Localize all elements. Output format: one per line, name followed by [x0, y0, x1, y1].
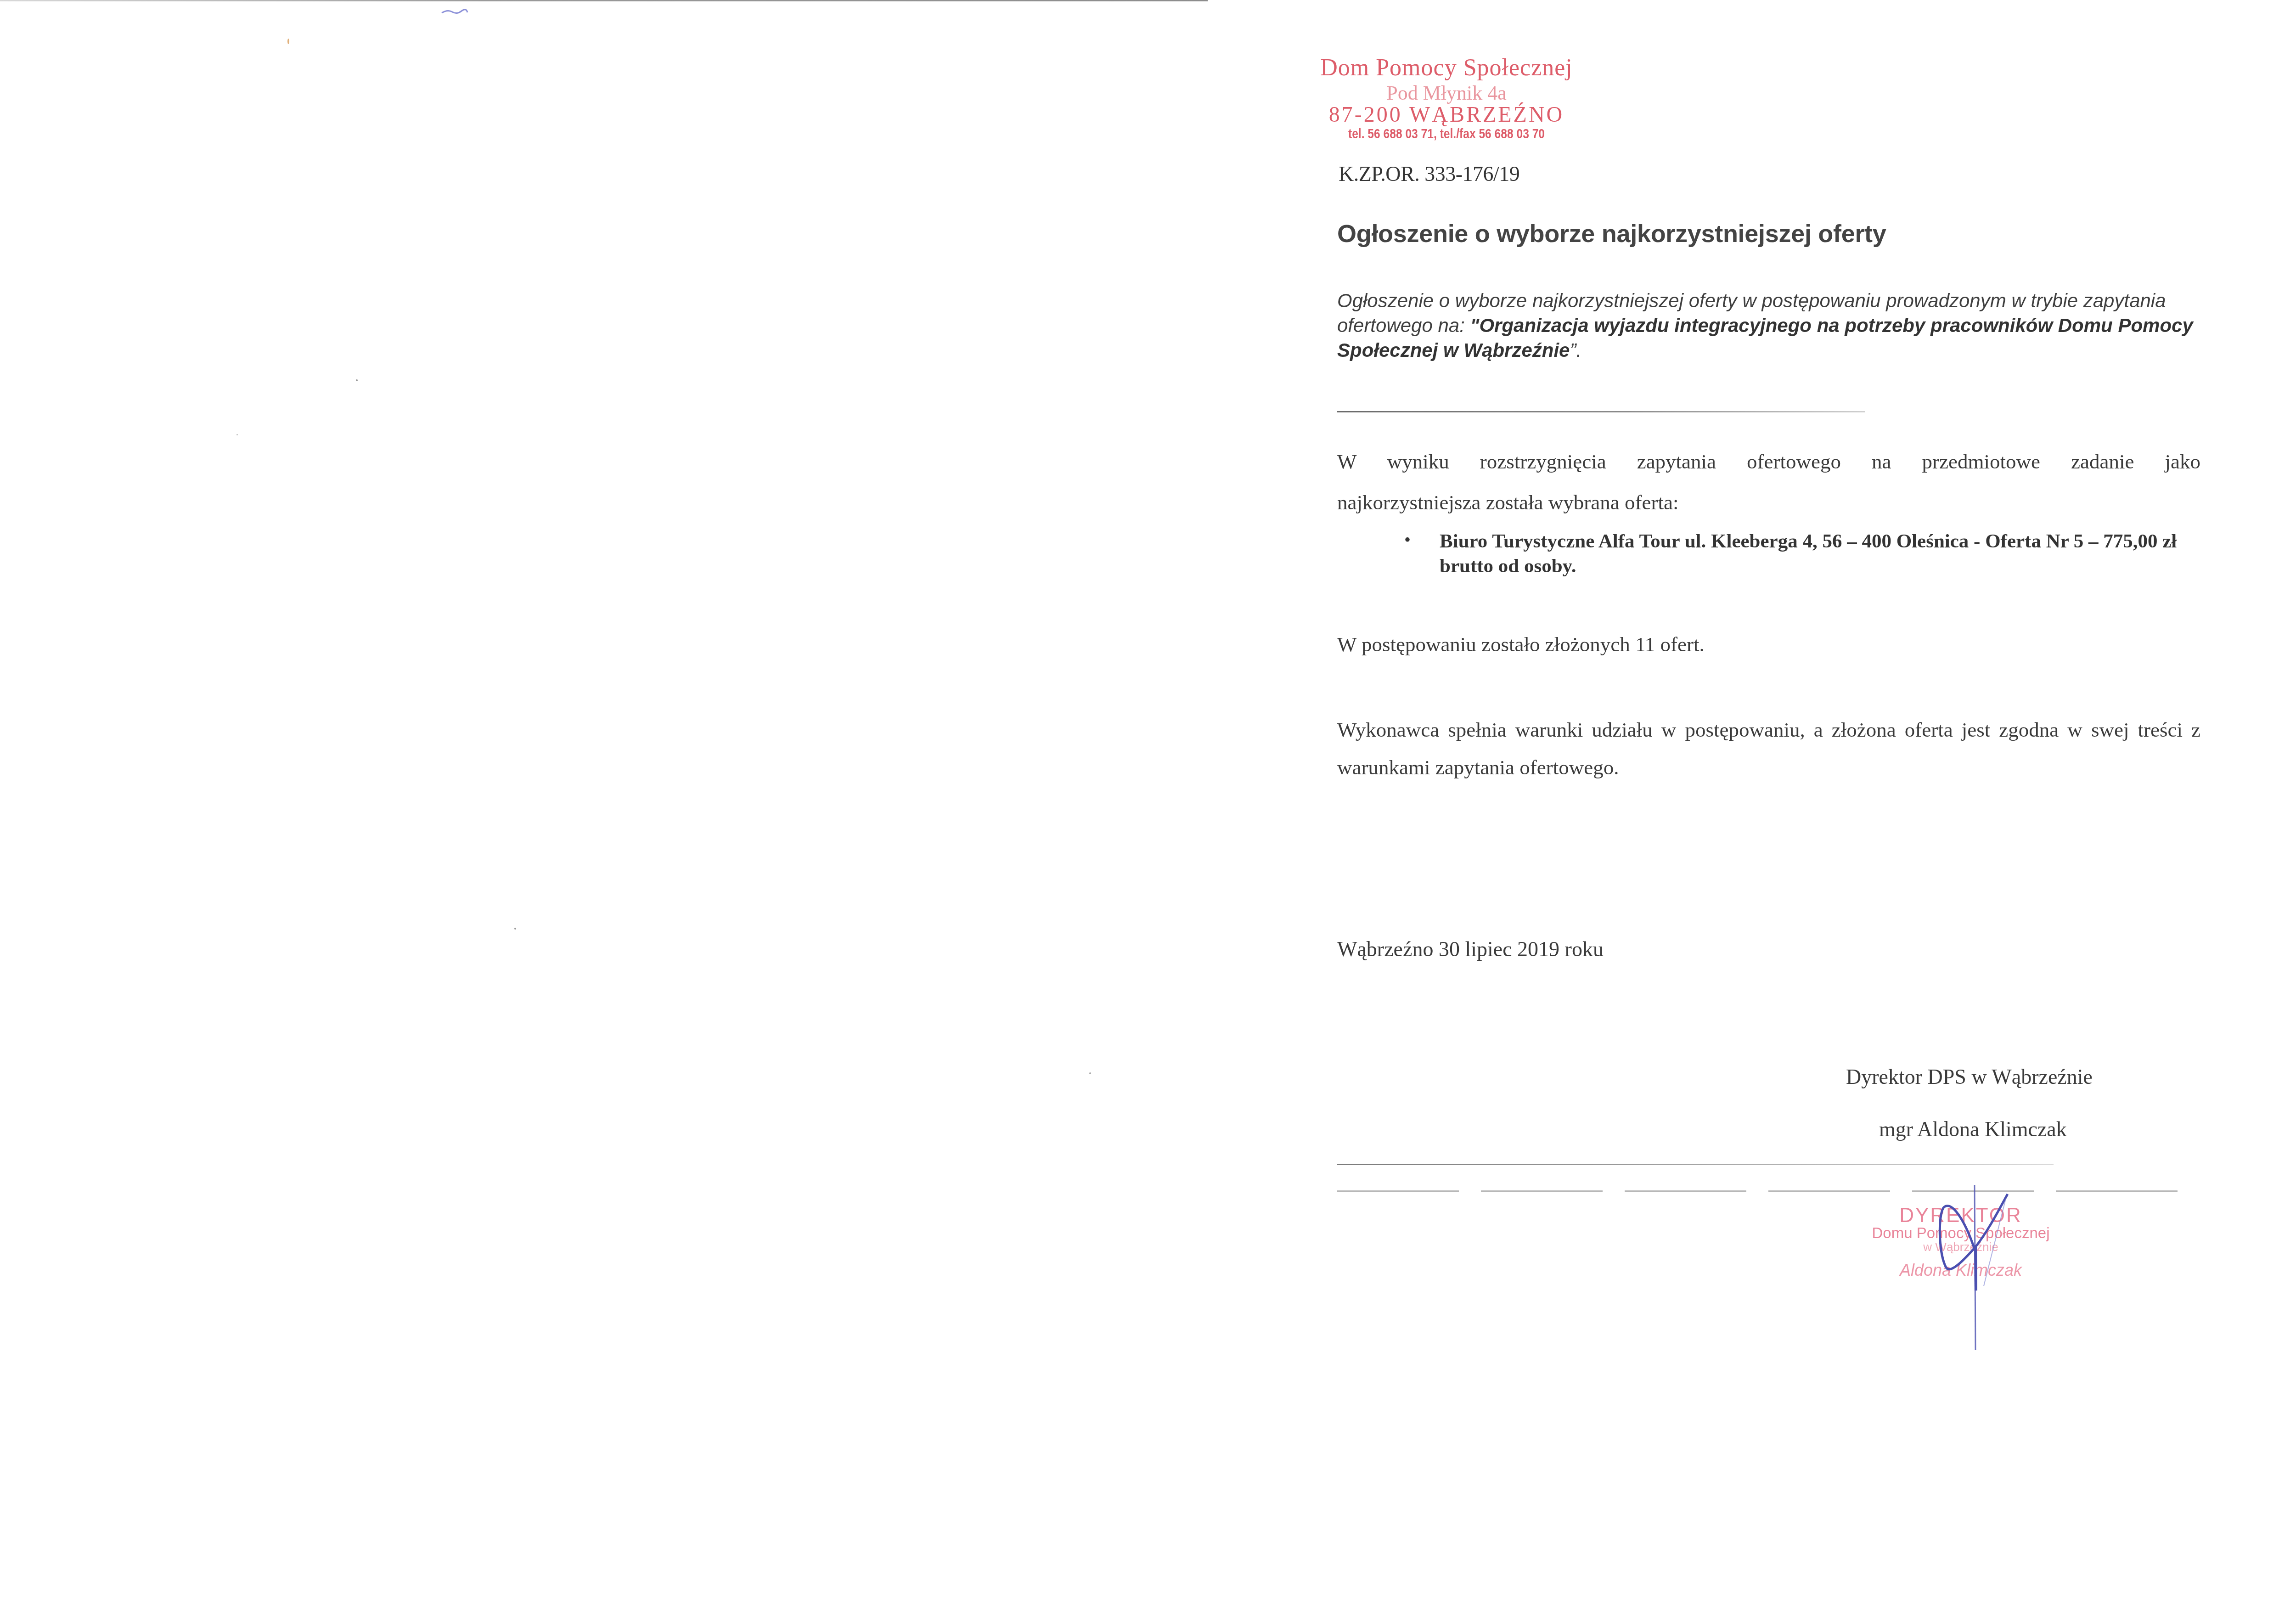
signature-line: [1337, 1164, 2054, 1165]
stamp-phone: tel. 56 688 03 71, tel./fax 56 688 03 70: [1337, 125, 1556, 143]
stamp-street: Pod Młynik 4a: [1313, 82, 1580, 105]
stamp-city: 87-200 WĄBRZEŹNO: [1313, 105, 1580, 125]
signatory-role: Dyrektor DPS w Wąbrzeźnie: [1846, 1065, 2093, 1089]
offers-count-paragraph: W postępowaniu zostało złożonych 11 ofer…: [1337, 632, 1705, 656]
institution-stamp: Dom Pomocy Społecznej Pod Młynik 4a 87-2…: [1313, 54, 1580, 143]
signatory-name: mgr Aldona Klimczak: [1879, 1117, 2067, 1141]
document-title: Ogłoszenie o wyborze najkorzystniejszej …: [1337, 220, 1886, 248]
place-and-date: Wąbrzeźno 30 lipiec 2019 roku: [1337, 937, 1604, 961]
separator-line: [1337, 411, 1865, 412]
scan-speck: [514, 928, 516, 930]
selected-offer: Biuro Turystyczne Alfa Tour ul. Kleeberg…: [1440, 529, 2183, 579]
scan-speck: [356, 379, 358, 381]
intro-paragraph: Ogłoszenie o wyborze najkorzystniejszej …: [1337, 288, 2200, 363]
result-paragraph-line2: najkorzystniejsza została wybrana oferta…: [1337, 490, 1678, 514]
ink-mark: [441, 8, 468, 15]
result-paragraph-line1: W wyniku rozstrzygnięcia zapytania ofert…: [1337, 448, 2200, 475]
dashed-line: [1337, 1190, 2178, 1192]
reference-number: K.ZP.OR. 333-176/19: [1339, 162, 1519, 186]
compliance-paragraph: Wykonawca spełnia warunki udziału w post…: [1337, 711, 2200, 786]
stamp-institution-name: Dom Pomocy Społecznej: [1313, 54, 1580, 82]
scan-speck: [1089, 1072, 1091, 1074]
intro-end: ”.: [1570, 339, 1581, 361]
left-page-top-edge: [0, 0, 1208, 1]
scan-speck: [287, 39, 289, 44]
handwritten-signature: [1919, 1180, 2020, 1359]
bullet-icon: •: [1404, 529, 1411, 551]
scan-speck: [236, 434, 238, 435]
